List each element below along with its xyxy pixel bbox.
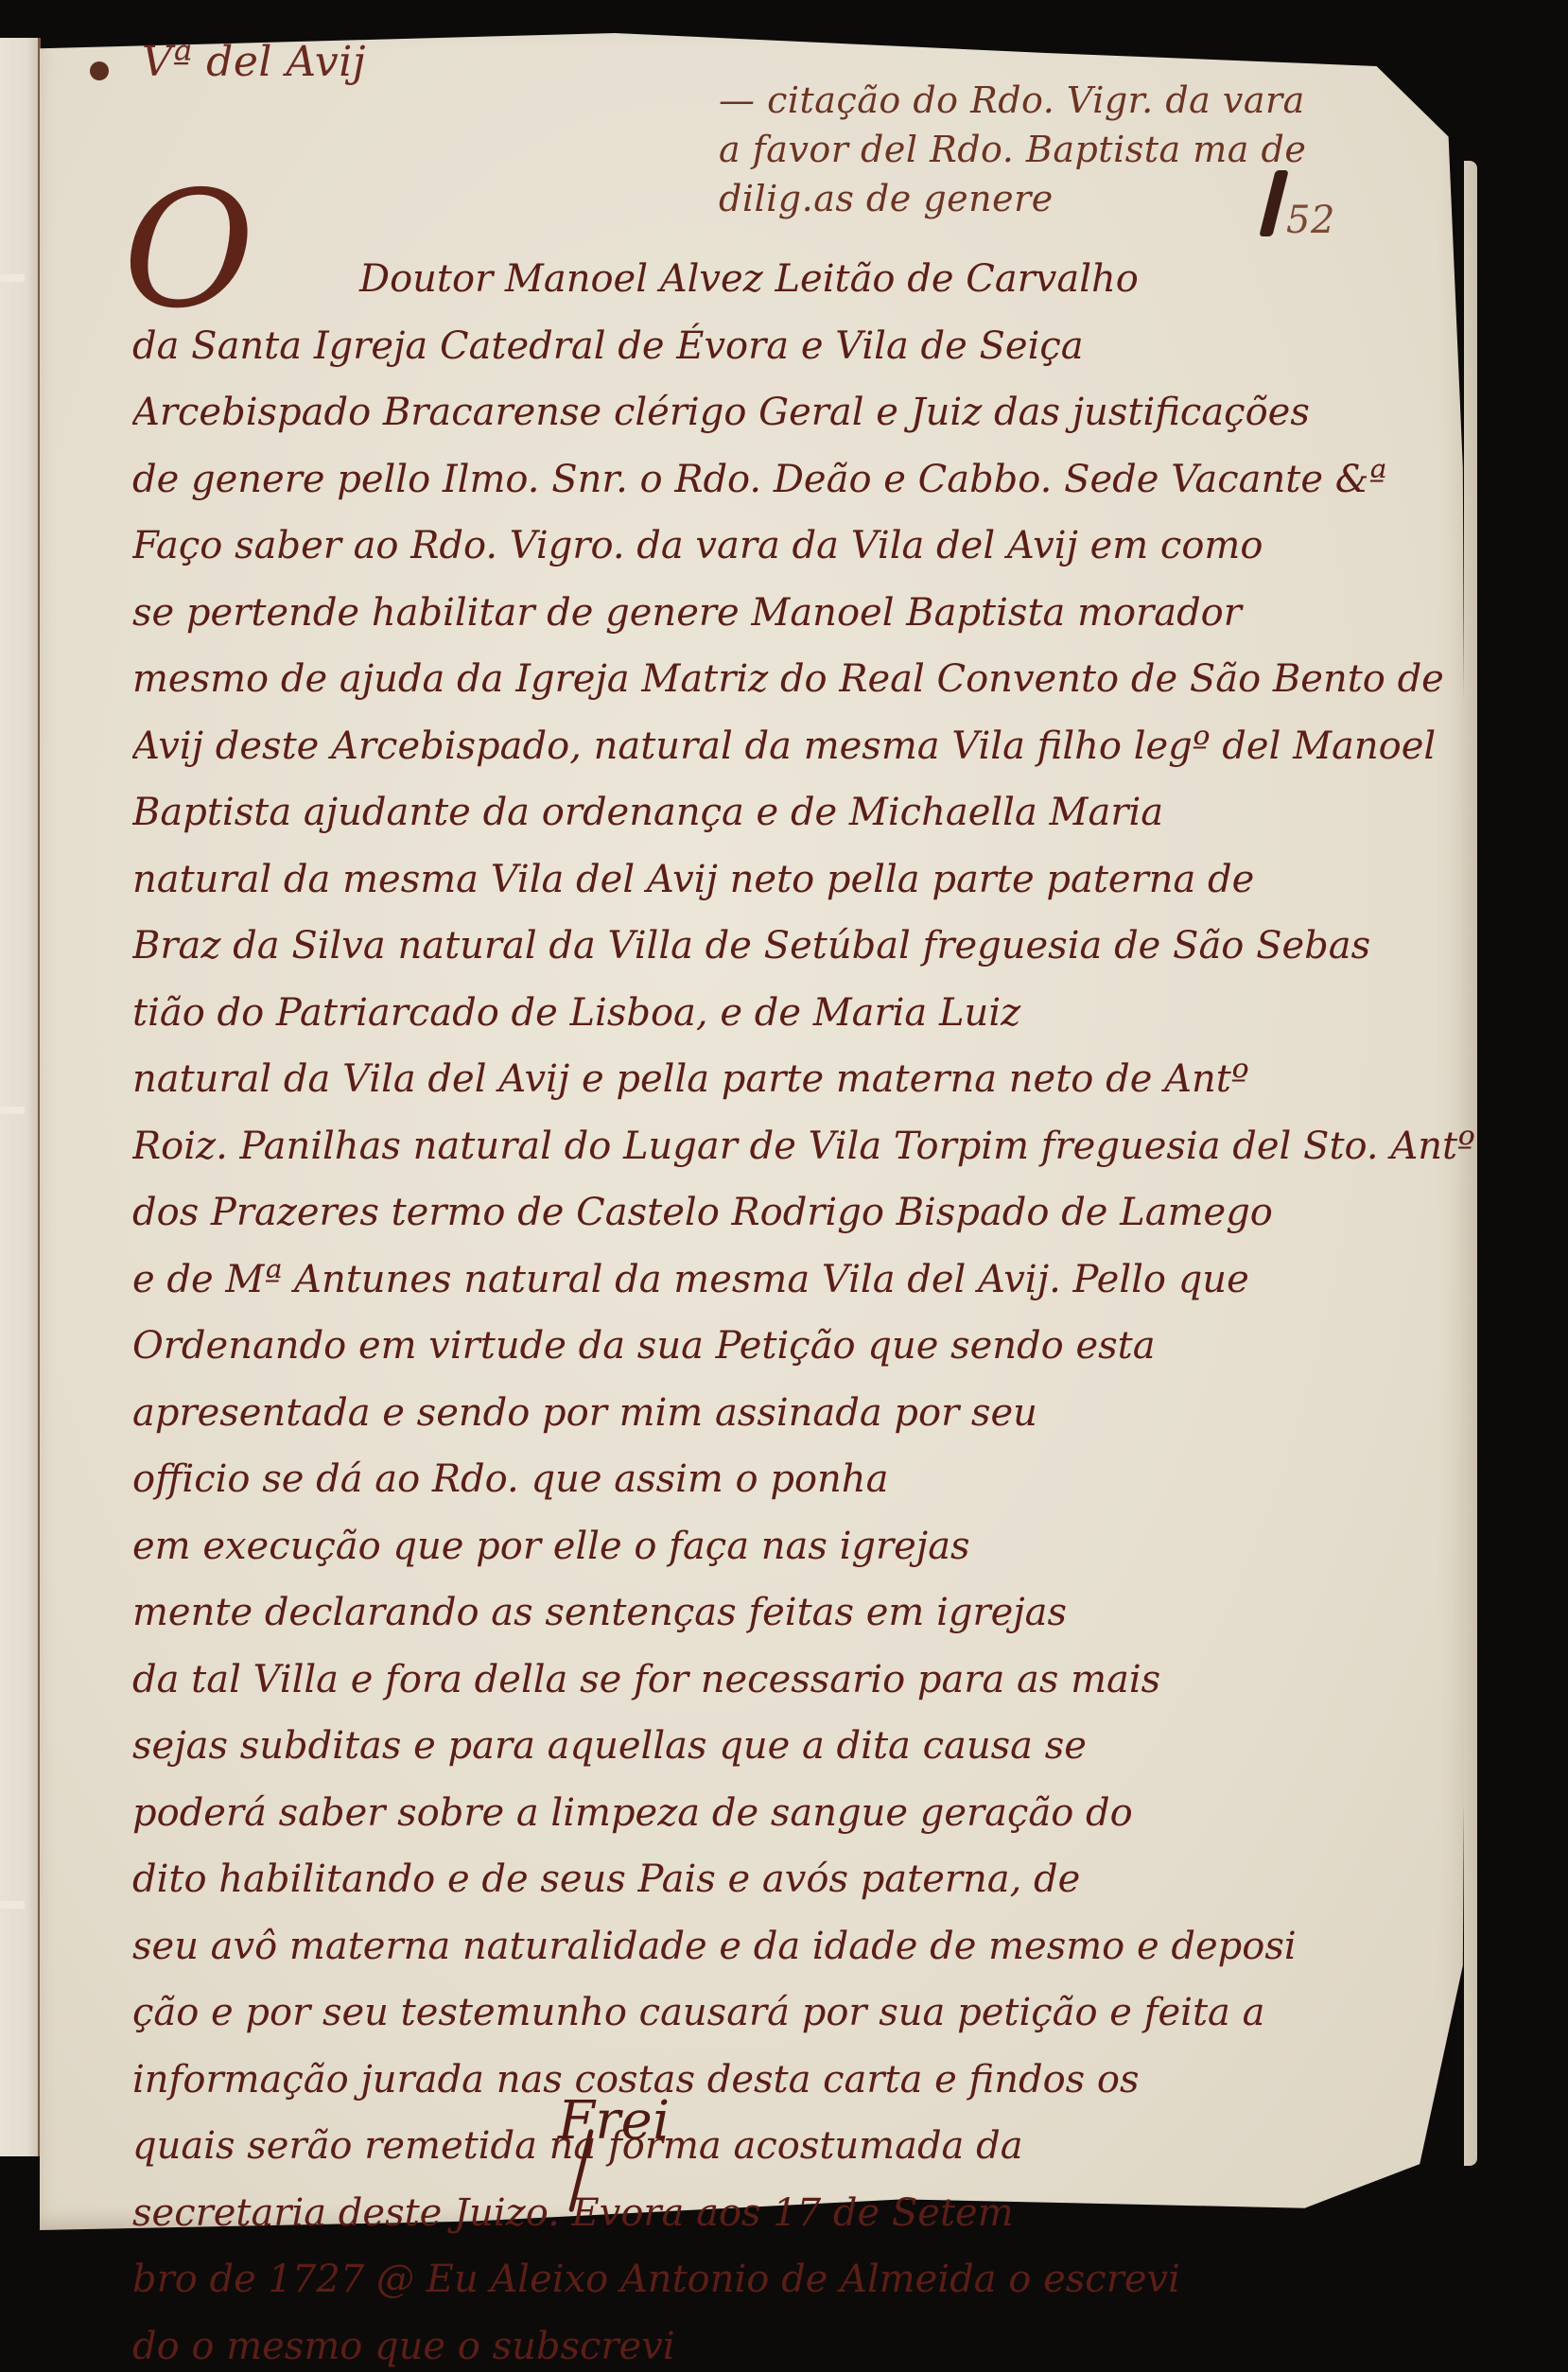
body-line: Roiz. Panilhas natural do Lugar de Vila … [132, 1113, 1475, 1180]
body-line: seu avô materna naturalidade e da idade … [132, 1913, 1475, 1980]
binding-stitch [0, 274, 25, 282]
body-line: Faço saber ao Rdo. Vigro. da vara da Vil… [132, 513, 1475, 580]
body-line: se pertende habilitar de genere Manoel B… [132, 580, 1475, 647]
body-line: mente declarando as sentenças feitas em … [132, 1579, 1475, 1647]
heading-note: — citação do Rdo. Vigr. da vara a favor … [719, 76, 1456, 223]
body-text: Doutor Manoel Alvez Leitão de Carvalho d… [132, 246, 1475, 2372]
top-left-note: Vª del Avij [142, 38, 366, 86]
body-line: natural da mesma Vila del Avij neto pell… [132, 846, 1475, 914]
body-line: Ordenando em virtude da sua Petição que … [132, 1313, 1475, 1380]
manuscript-photo: Vª del Avij — citação do Rdo. Vigr. da v… [0, 0, 1568, 2372]
body-line: mesmo de ajuda da Igreja Matriz do Real … [132, 646, 1475, 713]
body-line: natural da Vila del Avij e pella parte m… [132, 1046, 1475, 1113]
heading-note-line: — citação do Rdo. Vigr. da vara [719, 76, 1456, 125]
body-line: tião do Patriarcado de Lisboa, e de Mari… [132, 980, 1475, 1047]
body-line: quais serão remetida na forma acostumada… [132, 2113, 1475, 2180]
body-line: da Santa Igreja Catedral de Évora e Vila… [132, 313, 1475, 380]
binding-stitch [0, 1107, 25, 1114]
body-line: Doutor Manoel Alvez Leitão de Carvalho [132, 246, 1475, 313]
body-line: em execução que por elle o faça nas igre… [132, 1513, 1475, 1580]
previous-page-edge [0, 38, 41, 2156]
body-line: e de Mª Antunes natural da mesma Vila de… [132, 1247, 1475, 1314]
body-line: officio se dá ao Rdo. que assim o ponha [132, 1446, 1475, 1513]
body-line: poderá saber sobre a limpeza de sangue g… [132, 1780, 1475, 1847]
ink-blot [90, 61, 109, 80]
heading-note-line: dilig.as de genere [719, 174, 1456, 223]
body-line: informação jurada nas costas desta carta… [132, 2047, 1475, 2114]
heading-note-line: a favor del Rdo. Baptista ma de [719, 125, 1456, 174]
body-line: bro de 1727 @ Eu Aleixo Antonio de Almei… [132, 2246, 1475, 2313]
body-line: da tal Villa e fora della se for necessa… [132, 1647, 1475, 1714]
body-line: Baptista ajudante da ordenança e de Mich… [132, 779, 1475, 846]
body-line: dos Prazeres termo de Castelo Rodrigo Bi… [132, 1179, 1475, 1247]
body-line: de genere pello Ilmo. Snr. o Rdo. Deão e… [132, 446, 1475, 514]
body-line: Braz da Silva natural da Villa de Setúba… [132, 913, 1475, 980]
body-line: Avij deste Arcebispado, natural da mesma… [132, 713, 1475, 780]
signature: Frei [558, 2090, 671, 2152]
body-line: ção e por seu testemunho causará por sua… [132, 1980, 1475, 2047]
body-line: Arcebispado Bracarense clérigo Geral e J… [132, 379, 1475, 446]
body-line: do o mesmo que o subscrevi [132, 2313, 1475, 2372]
body-line: apresentada e sendo por mim assinada por… [132, 1380, 1475, 1447]
binding-stitch [0, 1901, 25, 1909]
body-line: secretaria deste Juizo. Evora aos 17 de … [132, 2180, 1475, 2247]
body-line: dito habilitando e de seus Pais e avós p… [132, 1846, 1475, 1913]
body-line: sejas subditas e para aquellas que a dit… [132, 1713, 1475, 1780]
folio-number: 52 [1286, 199, 1335, 242]
